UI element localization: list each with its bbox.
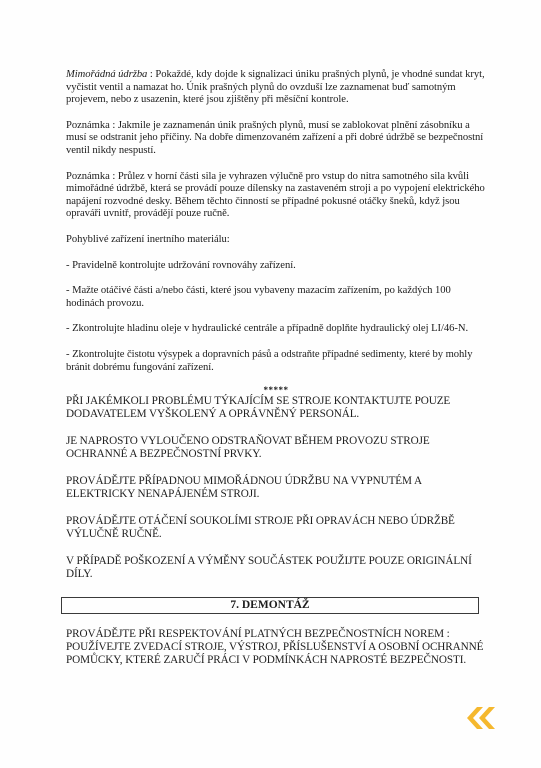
document-body: Mimořádná údržba : Pokaždé, kdy dojde k … <box>66 69 486 595</box>
list-item: - Zkontrolujte hladinu oleje v hydraulic… <box>66 323 486 336</box>
paragraph-note-1: Poznámka : Jakmile je zaznamenán únik pr… <box>66 120 486 158</box>
section-heading: 7. DEMONTÁŽ <box>230 599 309 611</box>
warning-paragraph: JE NAPROSTO VYLOUČENO ODSTRAŇOVAT BĚHEM … <box>66 435 486 461</box>
paragraph-extraordinary-maintenance: Mimořádná údržba : Pokaždé, kdy dojde k … <box>66 69 486 107</box>
double-chevron-left-icon[interactable] <box>465 707 499 729</box>
document-page: Mimořádná údržba : Pokaždé, kdy dojde k … <box>0 0 541 768</box>
list-item: - Pravidelně kontrolujte udržování rovno… <box>66 260 486 273</box>
paragraph-lead: Mimořádná údržba <box>66 69 147 80</box>
separator: ***** <box>66 385 486 395</box>
warning-paragraph: V PŘÍPADĚ POŠKOZENÍ A VÝMĚNY SOUČÁSTEK P… <box>66 555 486 581</box>
warning-paragraph: PROVÁDĚJTE OTÁČENÍ SOUKOLÍMI STROJE PŘI … <box>66 515 486 541</box>
section-text: PROVÁDĚJTE PŘI RESPEKTOVÁNÍ PLATNÝCH BEZ… <box>66 628 486 667</box>
list-item: - Zkontrolujte čistotu výsypek a dopravn… <box>66 349 486 374</box>
list-item: - Mažte otáčivé části a/nebo části, kter… <box>66 285 486 310</box>
paragraph-moving-equipment: Pohyblivé zařízení inertního materiálu: <box>66 234 486 247</box>
paragraph-note-2: Poznámka : Průlez v horní části sila je … <box>66 171 486 221</box>
warning-paragraph: PROVÁDĚJTE PŘÍPADNOU MIMOŘÁDNOU ÚDRŽBU N… <box>66 475 486 501</box>
warning-paragraph: PŘI JAKÉMKOLI PROBLÉMU TÝKAJÍCÍM SE STRO… <box>66 395 486 421</box>
section-heading-box: 7. DEMONTÁŽ <box>61 597 479 614</box>
